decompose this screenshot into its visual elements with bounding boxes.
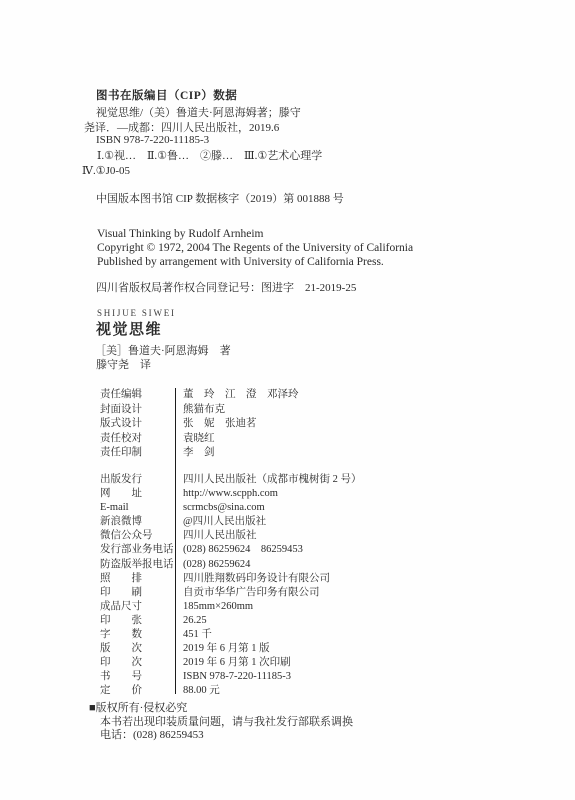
colophon-row: E-mail scrmcbs@sina.com: [100, 501, 520, 515]
colophon-value: 88.00 元: [183, 684, 520, 698]
colophon-label: 新浪微博: [100, 515, 183, 529]
colophon-row: 微信公众号 四川人民出版社: [100, 529, 520, 543]
colophon-value: 185mm×260mm: [183, 600, 520, 614]
colophon-label: 出版发行: [100, 473, 183, 487]
colophon-value: 四川人民出版社（成都市槐树街 2 号）: [183, 473, 520, 487]
colophon-label: 字 数: [100, 628, 183, 642]
colophon-label: 责任编辑: [100, 388, 183, 403]
colophon-row: 照 排 四川胜翔数码印务设计有限公司: [100, 572, 520, 586]
copyright-notice-block: ■版权所有·侵权必究 本书若出现印装质量问题，请与我社发行部联系调换 电话：(0…: [89, 702, 353, 743]
colophon-row: 责任编辑 董 玲 江 澄 邓泽玲: [100, 388, 520, 403]
english-copyright-line: Copyright © 1972, 2004 The Regents of th…: [97, 241, 413, 255]
colophon-row: 封面设计 熊猫布克: [100, 403, 520, 418]
colophon-table: 责任编辑 董 玲 江 澄 邓泽玲 封面设计 熊猫布克 版式设计 张 妮 张迪茗 …: [100, 388, 520, 698]
colophon-label: 网 址: [100, 487, 183, 501]
colophon-label: 定 价: [100, 684, 183, 698]
book-title: 视觉思维: [96, 318, 162, 339]
colophon-value: 26.25: [183, 614, 520, 628]
colophon-row: 印 次 2019 年 6 月第 1 次印刷: [100, 656, 520, 670]
cip-para-line1: 视觉思维/（美）鲁道夫·阿恩海姆著；滕守: [96, 106, 301, 121]
colophon-row: 字 数 451 千: [100, 628, 520, 642]
book-copyright-page: 图书在版编目（CIP）数据 视觉思维/（美）鲁道夫·阿恩海姆著；滕守 尧译．—成…: [0, 0, 575, 800]
colophon-row: 发行部业务电话 (028) 86259624 86259453: [100, 543, 520, 557]
colophon-value: (028) 86259624 86259453: [183, 543, 520, 557]
colophon-value: 2019 年 6 月第 1 版: [183, 642, 520, 656]
cip-para-line2: 尧译．—成都：四川人民出版社，2019.6: [84, 121, 301, 136]
colophon-value: (028) 86259624: [183, 558, 520, 572]
colophon-value: http://www.scpph.com: [183, 487, 520, 501]
cip-class-line2: Ⅳ.①J0-05: [82, 164, 322, 179]
colophon-value: 四川胜翔数码印务设计有限公司: [183, 572, 520, 586]
colophon-label: 印 次: [100, 656, 183, 670]
cip-class-line1: Ⅰ.①视… Ⅱ.①鲁… ②滕… Ⅲ.①艺术心理学: [97, 149, 322, 164]
colophon-value: scrmcbs@sina.com: [183, 501, 520, 515]
colophon-value: 451 千: [183, 628, 520, 642]
colophon-staff-group: 责任编辑 董 玲 江 澄 邓泽玲 封面设计 熊猫布克 版式设计 张 妮 张迪茗 …: [100, 388, 520, 461]
colophon-value: 熊猫布克: [183, 403, 520, 418]
english-copyright-block: Visual Thinking by Rudolf Arnheim Copyri…: [97, 227, 413, 270]
colophon-row: 书 号 ISBN 978-7-220-11185-3: [100, 670, 520, 684]
colophon-row: 印 张 26.25: [100, 614, 520, 628]
title-pinyin: SHIJUE SIWEI: [97, 308, 176, 318]
colophon-label: E-mail: [100, 501, 183, 515]
colophon-label: 版 次: [100, 642, 183, 656]
colophon-label: 责任校对: [100, 432, 183, 447]
colophon-row: 责任印制 李 剑: [100, 446, 520, 461]
colophon-row: 新浪微博 @四川人民出版社: [100, 515, 520, 529]
cip-paragraph: 视觉思维/（美）鲁道夫·阿恩海姆著；滕守 尧译．—成都：四川人民出版社，2019…: [84, 106, 301, 135]
colophon-label: 封面设计: [100, 403, 183, 418]
colophon-row: 印 刷 自贡市华华广告印务有限公司: [100, 586, 520, 600]
colophon-value: @四川人民出版社: [183, 515, 520, 529]
cip-record-number: 中国版本图书馆 CIP 数据核字（2019）第 001888 号: [96, 190, 344, 206]
cip-isbn: ISBN 978-7-220-11185-3: [96, 134, 209, 146]
colophon-row: 成品尺寸 185mm×260mm: [100, 600, 520, 614]
colophon-label: 微信公众号: [100, 529, 183, 543]
colophon-row: 防盗版举报电话 (028) 86259624: [100, 558, 520, 572]
english-arrangement-line: Published by arrangement with University…: [97, 255, 413, 269]
copyright-notice-line: ■版权所有·侵权必究: [89, 702, 353, 716]
colophon-value: 四川人民出版社: [183, 529, 520, 543]
colophon-row: 责任校对 袁晓红: [100, 432, 520, 447]
colophon-label: 印 刷: [100, 586, 183, 600]
colophon-label: 发行部业务电话: [100, 543, 183, 557]
colophon-value: 李 剑: [183, 446, 520, 461]
colophon-row: 版式设计 张 妮 张迪茗: [100, 417, 520, 432]
cip-classification: Ⅰ.①视… Ⅱ.①鲁… ②滕… Ⅲ.①艺术心理学 Ⅳ.①J0-05: [82, 149, 322, 179]
colophon-label: 印 张: [100, 614, 183, 628]
english-title-line: Visual Thinking by Rudolf Arnheim: [97, 227, 413, 241]
colophon-label: 责任印制: [100, 446, 183, 461]
colophon-row: 版 次 2019 年 6 月第 1 版: [100, 642, 520, 656]
copyright-registration-number: 四川省版权局著作权合同登记号：图进字 21-2019-25: [96, 279, 356, 295]
colophon-value: 张 妮 张迪茗: [183, 417, 520, 432]
colophon-row: 出版发行 四川人民出版社（成都市槐树街 2 号）: [100, 473, 520, 487]
colophon-row: 网 址 http://www.scpph.com: [100, 487, 520, 501]
colophon-value: 袁晓红: [183, 432, 520, 447]
colophon-value: 自贡市华华广告印务有限公司: [183, 586, 520, 600]
colophon-row: 定 价 88.00 元: [100, 684, 520, 698]
colophon-label: 版式设计: [100, 417, 183, 432]
colophon-label: 书 号: [100, 670, 183, 684]
colophon-label: 防盗版举报电话: [100, 558, 183, 572]
colophon-label: 照 排: [100, 572, 183, 586]
colophon-value: ISBN 978-7-220-11185-3: [183, 670, 520, 684]
colophon-value: 董 玲 江 澄 邓泽玲: [183, 388, 520, 403]
translator-line: 滕守尧 译: [96, 356, 151, 372]
colophon-divider-line: [175, 388, 176, 694]
quality-notice-line: 本书若出现印装质量问题，请与我社发行部联系调换: [100, 716, 353, 730]
contact-phone-line: 电话：(028) 86259453: [100, 729, 353, 743]
cip-heading: 图书在版编目（CIP）数据: [96, 87, 237, 103]
colophon-group-gap: [100, 461, 520, 473]
colophon-value: 2019 年 6 月第 1 次印刷: [183, 656, 520, 670]
colophon-publishing-group: 出版发行 四川人民出版社（成都市槐树街 2 号） 网 址 http://www.…: [100, 473, 520, 699]
colophon-label: 成品尺寸: [100, 600, 183, 614]
